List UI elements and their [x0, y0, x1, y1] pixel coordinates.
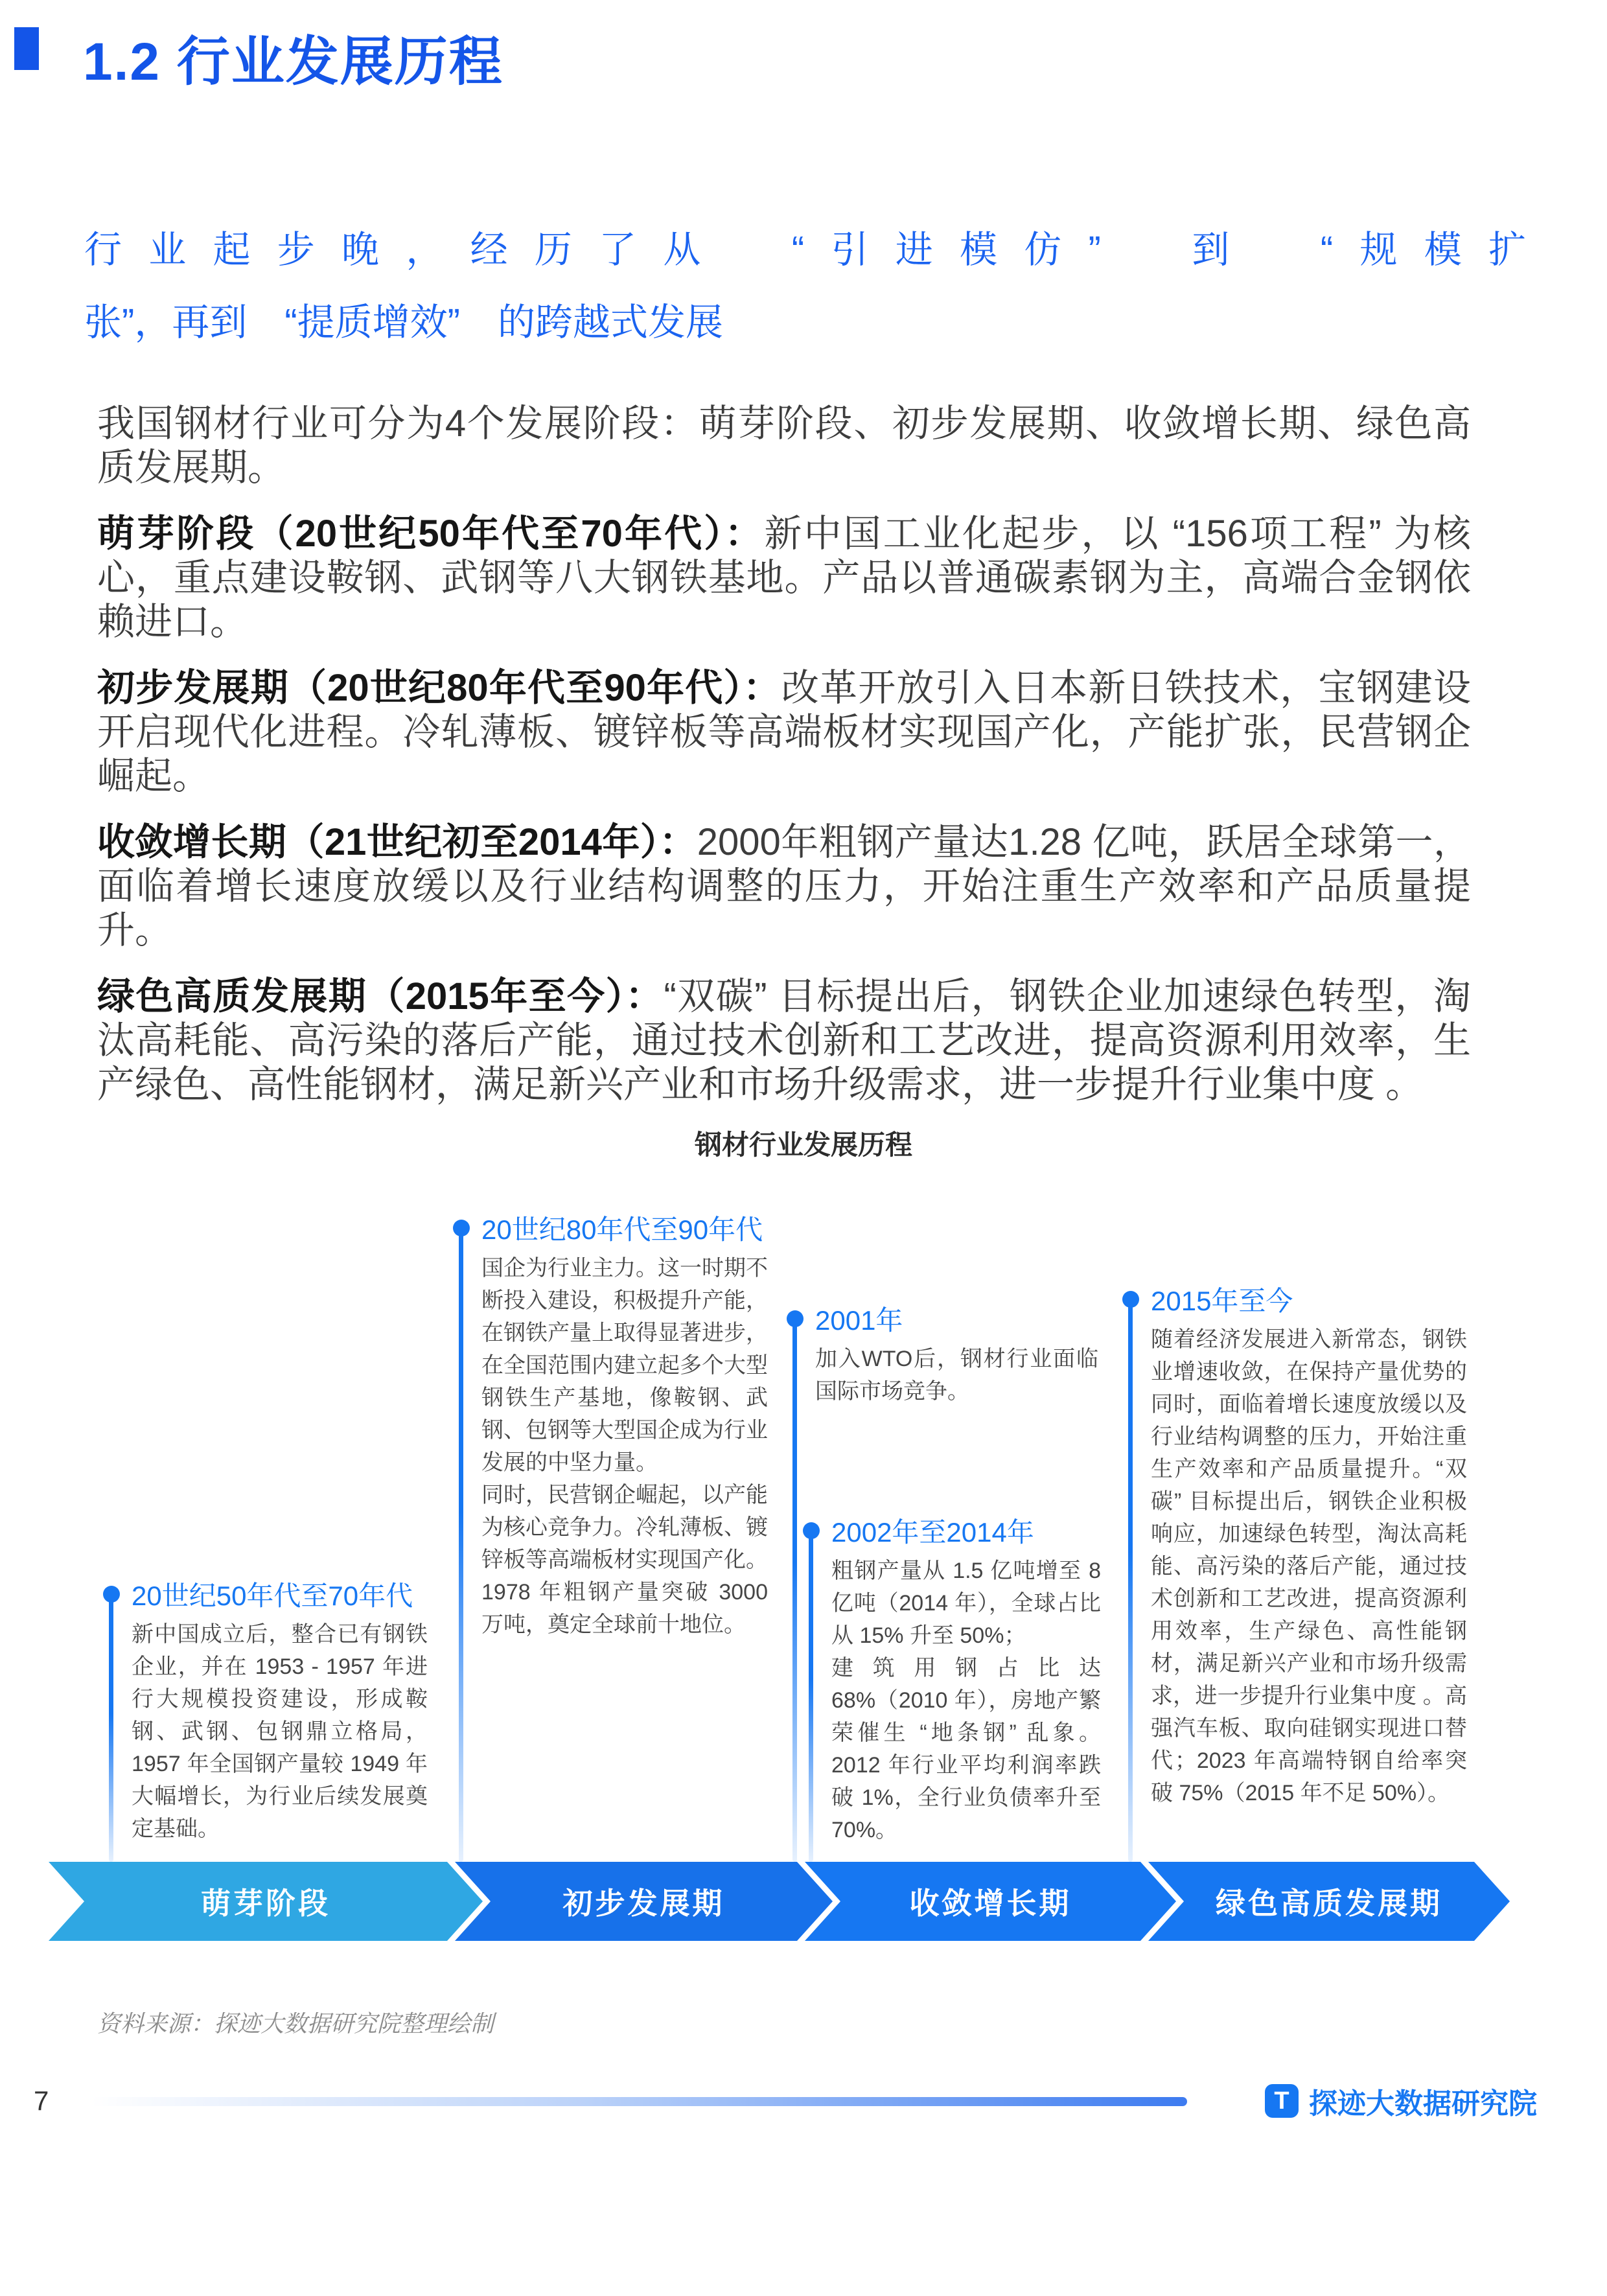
intro-paragraph: 我国钢材行业可分为4个发展阶段：萌芽阶段、初步发展期、收敛增长期、绿色高质发展期…: [97, 402, 1471, 490]
page-title: 1.2 行业发展历程: [83, 19, 503, 95]
milestone-period: 20世纪50年代至70年代: [132, 1575, 413, 1614]
stage-paragraph-1: 萌芽阶段（20世纪50年代至70年代）：新中国工业化起步，以 “156项工程” …: [97, 512, 1471, 644]
milestone-period: 2002年至2014年: [831, 1511, 1034, 1550]
development-timeline: 20世纪50年代至70年代 新中国成立后，整合已有钢铁企业，并在 1953 - …: [0, 1191, 1607, 1862]
section-subtitle: 行业起步晚，经历了从 “引进模仿” 到 “规模扩 张”，再到 “提质增效” 的跨…: [84, 214, 1526, 359]
stage-1-lead: 萌芽阶段（20世纪50年代至70年代）：: [97, 513, 764, 555]
page-footer: 7 T 探迹大数据研究院: [0, 2080, 1607, 2158]
milestone-description: 粗钢产量从 1.5 亿吨增至 8 亿吨（2014 年），全球占比从 15% 升至…: [831, 1555, 1101, 1846]
stage-segment-label: 萌芽阶段: [201, 1880, 330, 1923]
subtitle-line-2: 张”，再到 “提质增效” 的跨越式发展: [84, 286, 1526, 359]
timeline-dot-icon: [103, 1586, 120, 1603]
stage-paragraph-3: 收敛增长期（21世纪初至2014年）：2000年粗钢产量达1.28 亿吨，跃居全…: [97, 820, 1471, 953]
milestone-1950s: 20世纪50年代至70年代 新中国成立后，整合已有钢铁企业，并在 1953 - …: [103, 1577, 428, 1845]
milestone-period: 20世纪80年代至90年代: [481, 1209, 763, 1247]
page-number: 7: [34, 2085, 49, 2116]
milestone-period: 2001年: [815, 1299, 903, 1338]
stage-segment-3: 收敛增长期: [805, 1862, 1176, 1941]
milestone-2002-2014: 2002年至2014年 粗钢产量从 1.5 亿吨增至 8 亿吨（2014 年），…: [803, 1513, 1101, 1846]
stage-segment-label: 收敛增长期: [910, 1880, 1072, 1923]
milestone-description: 新中国成立后，整合已有钢铁企业，并在 1953 - 1957 年进行大规模投资建…: [132, 1618, 428, 1845]
milestone-1980s-header: 20世纪80年代至90年代: [453, 1211, 768, 1246]
stage-segment-2: 初步发展期: [455, 1862, 833, 1941]
timeline-dot-icon: [787, 1310, 803, 1327]
timeline-dot-icon: [1122, 1291, 1139, 1308]
stage-4-lead: 绿色高质发展期（2015年至今）：: [97, 975, 664, 1017]
milestone-2001: 2001年 加入WTO后，钢材行业面临国际市场竞争。: [787, 1301, 1098, 1408]
milestone-1950s-header: 20世纪50年代至70年代: [103, 1577, 428, 1612]
milestone-description: 加入WTO后，钢材行业面临国际市场竞争。: [815, 1343, 1098, 1408]
title-accent-square: [14, 27, 39, 70]
milestone-1980s: 20世纪80年代至90年代 国企为行业主力。这一时期不断投入建设，积极提升产能，…: [453, 1211, 768, 1641]
milestone-2001-header: 2001年: [787, 1301, 1098, 1336]
milestone-description: 随着经济发展进入新常态，钢铁业增速收敛，在保持产量优势的同时，面临着增长速度放缓…: [1151, 1323, 1467, 1809]
stage-segment-1: 萌芽阶段: [49, 1862, 483, 1941]
timeline-dot-icon: [453, 1220, 470, 1236]
milestone-2015: 2015年至今 随着经济发展进入新常态，钢铁业增速收敛，在保持产量优势的同时，面…: [1122, 1282, 1467, 1809]
stage-segment-label: 初步发展期: [563, 1880, 725, 1923]
timeline-dot-icon: [803, 1522, 820, 1539]
brand-block: T 探迹大数据研究院: [1265, 2080, 1537, 2122]
figure-title: 钢材行业发展历程: [0, 1124, 1607, 1163]
stage-paragraph-4: 绿色高质发展期（2015年至今）：“双碳” 目标提出后，钢铁企业加速绿色转型，淘…: [97, 975, 1471, 1107]
milestone-description: 国企为行业主力。这一时期不断投入建设，积极提升产能，在钢铁产量上取得显著进步，在…: [481, 1252, 768, 1641]
stage-2-lead: 初步发展期（20世纪80年代至90年代）：: [97, 667, 781, 709]
section-header: 1.2 行业发展历程: [0, 25, 1607, 87]
stage-segment-4: 绿色高质发展期: [1148, 1862, 1510, 1941]
source-note: 资料来源：探迹大数据研究院整理绘制: [97, 2006, 1607, 2039]
brand-logo-icon: T: [1265, 2084, 1299, 2118]
milestone-2015-header: 2015年至今: [1122, 1282, 1467, 1317]
footer-divider: [91, 2097, 1187, 2106]
milestone-period: 2015年至今: [1151, 1280, 1293, 1319]
subtitle-line-1: 行业起步晚，经历了从 “引进模仿” 到 “规模扩: [84, 214, 1526, 286]
milestone-2002-header: 2002年至2014年: [803, 1513, 1101, 1548]
stage-arrow-bar: 萌芽阶段 初步发展期 收敛增长期 绿色高质发展期: [0, 1862, 1607, 1941]
stage-3-lead: 收敛增长期（21世纪初至2014年）：: [97, 821, 697, 863]
brand-name: 探迹大数据研究院: [1309, 2080, 1537, 2122]
stage-segment-label: 绿色高质发展期: [1216, 1880, 1442, 1923]
body-text: 我国钢材行业可分为4个发展阶段：萌芽阶段、初步发展期、收敛增长期、绿色高质发展期…: [97, 402, 1471, 1107]
report-page: 1.2 行业发展历程 行业起步晚，经历了从 “引进模仿” 到 “规模扩 张”，再…: [0, 0, 1607, 2296]
stage-paragraph-2: 初步发展期（20世纪80年代至90年代）：改革开放引入日本新日铁技术，宝钢建设开…: [97, 666, 1471, 798]
